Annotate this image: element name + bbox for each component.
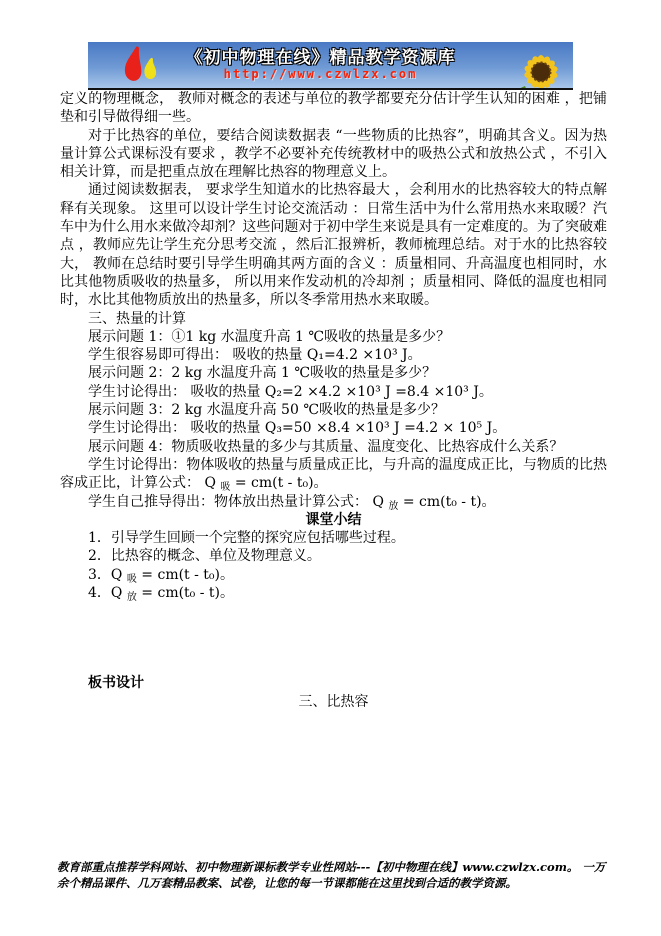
formula-release-line: 学生自己推导得出：物体放出热量计算公式： Q 放 = cm(t₀ - t)。 (60, 493, 607, 511)
summary-item4-prefix: 4．Q (88, 585, 127, 601)
summary-item: 1．引导学生回顾一个完整的探究应包括哪些过程。 (60, 529, 607, 547)
formula-release-rest: = cm(t₀ - t)。 (398, 494, 495, 510)
qa-line: 学生很容易即可得出： 吸收的热量 Q₁=4.2 ×10³ J。 (60, 346, 607, 364)
formula-absorb-line: 学生讨论得出：物体吸收的热量与质量成正比，与升高的温度成正比，与物质的比热容成正… (60, 456, 607, 493)
qa-line: 展示问题 3：2 kg 水温度升高 50 ℃吸收的热量是多少？ (60, 401, 607, 419)
formula-release-prefix: 学生自己推导得出：物体放出热量计算公式： Q (88, 494, 388, 510)
formula-absorb-subscript: 吸 (220, 482, 230, 493)
paragraph-water: 通过阅读数据表， 要求学生知道水的比热容最大 ，会利用水的比热容较大的特点解释有… (60, 181, 607, 309)
document-body: 定义的物理概念， 教师对概念的表述与单位的教学都要充分估计学生认知的困难 ，把铺… (60, 90, 607, 711)
summary-item3-rest: = cm(t - t₀)。 (137, 567, 234, 583)
formula-absorb-prefix: 学生讨论得出：物体吸收的热量与质量成正比，与升高的温度成正比，与物质的比热容成正… (60, 457, 607, 491)
section-heading-heat-calculation: 三、热量的计算 (60, 310, 607, 328)
board-design-section: 板书设计 三、比热容 (60, 674, 607, 711)
qa-line: 展示问题 2：2 kg 水温度升高 1 ℃吸收的热量是多少？ (60, 364, 607, 382)
qa-line: 学生讨论得出： 吸收的热量 Q₂=2 ×4.2 ×10³ J =8.4 ×10³… (60, 383, 607, 401)
paragraph-continuation: 定义的物理概念， 教师对概念的表述与单位的教学都要充分估计学生认知的困难 ，把铺… (60, 90, 607, 127)
summary-item: 4．Q 放 = cm(t₀ - t)。 (60, 584, 607, 602)
board-design-title: 三、比热容 (60, 693, 607, 711)
qa-line: 展示问题 1：①1 kg 水温度升高 1 ℃吸收的热量是多少？ (60, 328, 607, 346)
summary-item4-subscript: 放 (127, 592, 137, 603)
summary-item3-prefix: 3．Q (88, 567, 127, 583)
qa-line: 学生讨论得出： 吸收的热量 Q₃=50 ×8.4 ×10³ J =4.2 × 1… (60, 419, 607, 437)
board-design-label: 板书设计 (60, 674, 607, 692)
sunflower-icon (507, 42, 569, 90)
summary-heading: 课堂小结 (60, 511, 607, 529)
formula-release-subscript: 放 (388, 501, 398, 512)
header-banner-image: 《初中物理在线》精品教学资源库 http://www.czwlzx.com (88, 42, 573, 90)
qa-line: 展示问题 4：物质吸收热量的多少与其质量、温度变化、比热容成什么关系？ (60, 438, 607, 456)
paragraph-unit: 对于比热容的单位，要结合阅读数据表 “一些物质的比热容”，明确其含义。因为热量计… (60, 127, 607, 182)
summary-item4-rest: = cm(t₀ - t)。 (137, 585, 234, 601)
formula-absorb-rest: = cm(t - t₀)。 (230, 475, 327, 491)
banner-title: 《初中物理在线》精品教学资源库 (158, 49, 483, 68)
document-page: 《初中物理在线》精品教学资源库 http://www.czwlzx.com (0, 0, 661, 936)
summary-item: 3．Q 吸 = cm(t - t₀)。 (60, 566, 607, 584)
summary-item: 2．比热容的概念、单位及物理意义。 (60, 547, 607, 565)
banner-url: http://www.czwlzx.com (158, 68, 483, 81)
page-footer: 教育部重点推荐学科网站、初中物理新课标教学专业性网站---【初中物理在线】www… (57, 860, 609, 891)
flame-logo-icon (112, 45, 170, 87)
